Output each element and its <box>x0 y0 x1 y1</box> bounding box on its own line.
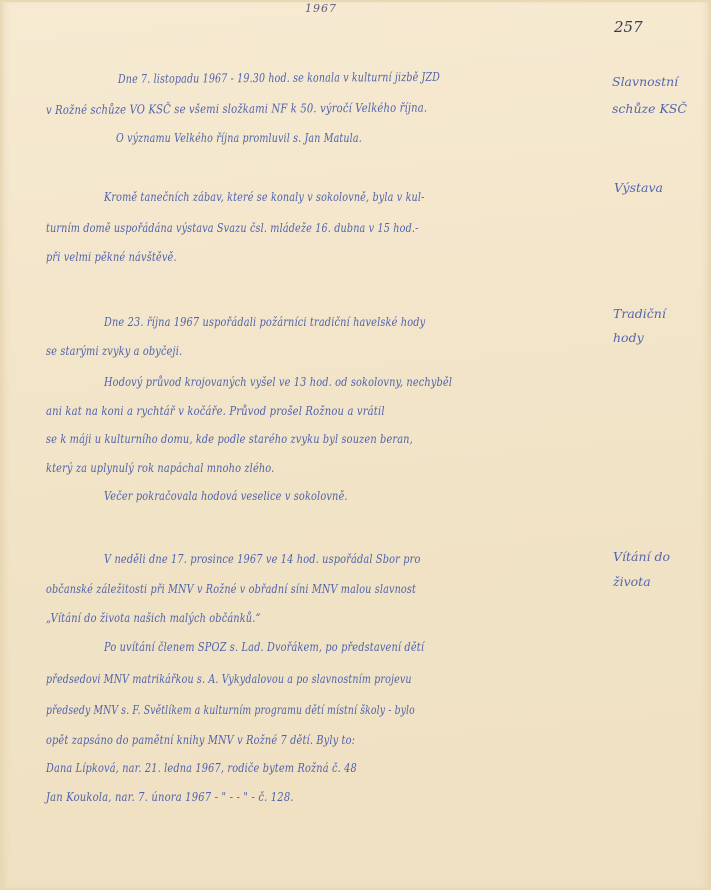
entry-line: Po uvítání členem SPOZ s. Lad. Dvořákem,… <box>104 640 424 654</box>
entry-line: předsedy MNV s. F. Světlíkem a kulturním… <box>46 703 415 717</box>
margin-note: Vítání do <box>613 549 670 564</box>
entry-line: „Vítání do života našich malých občánků.… <box>46 611 261 625</box>
entry-line: v Rožné schůze VO KSČ se všemi složkami … <box>46 101 427 117</box>
margin-note: Slavnostní <box>612 74 678 89</box>
entry-line: opět zapsáno do pamětní knihy MNV v Rožn… <box>46 733 355 747</box>
page-number: 257 <box>614 18 643 36</box>
margin-note: schůze KSČ <box>612 101 687 116</box>
entry-line: V neděli dne 17. prosince 1967 ve 14 hod… <box>104 552 420 566</box>
entry-line: Večer pokračovala hodová veselice v soko… <box>104 489 348 503</box>
entry-line: Dne 23. října 1967 uspořádali požárníci … <box>104 315 425 329</box>
entry-line: Jan Koukola, nar. 7. února 1967 - " - - … <box>46 790 294 804</box>
entry-line: Kromě tanečních zábav, které se konaly v… <box>104 190 425 204</box>
entry-line: se k máji u kulturního domu, kde podle s… <box>46 432 413 446</box>
margin-note: Tradiční <box>613 306 666 321</box>
entry-line: při velmi pěkné návštěvě. <box>46 250 177 264</box>
page-year-header: 1967 <box>305 2 337 15</box>
entry-line: O významu Velkého října promluvil s. Jan… <box>116 131 362 145</box>
entry-line: ani kat na koni a rychtář v kočáře. Prův… <box>46 404 385 418</box>
entry-line: který za uplynulý rok napáchal mnoho zlé… <box>46 461 274 475</box>
margin-note: Výstava <box>614 180 663 195</box>
entry-line: Dana Lípková, nar. 21. ledna 1967, rodič… <box>46 761 357 775</box>
margin-note: hody <box>613 330 644 345</box>
entry-line: turním domě uspořádána výstava Svazu čsl… <box>46 221 419 235</box>
entry-line: občanské záležitosti při MNV v Rožné v o… <box>46 582 416 596</box>
entry-line: předsedovi MNV matrikářkou s. A. Vykydal… <box>46 672 412 686</box>
handwritten-chronicle-page: 1967 257 Dne 7. listopadu 1967 - 19.30 h… <box>0 0 711 890</box>
entry-line: Dne 7. listopadu 1967 - 19.30 hod. se ko… <box>118 70 440 86</box>
margin-note: života <box>613 574 651 589</box>
entry-line: Hodový průvod krojovaných vyšel ve 13 ho… <box>104 375 452 389</box>
entry-line: se starými zvyky a obyčeji. <box>46 344 182 358</box>
